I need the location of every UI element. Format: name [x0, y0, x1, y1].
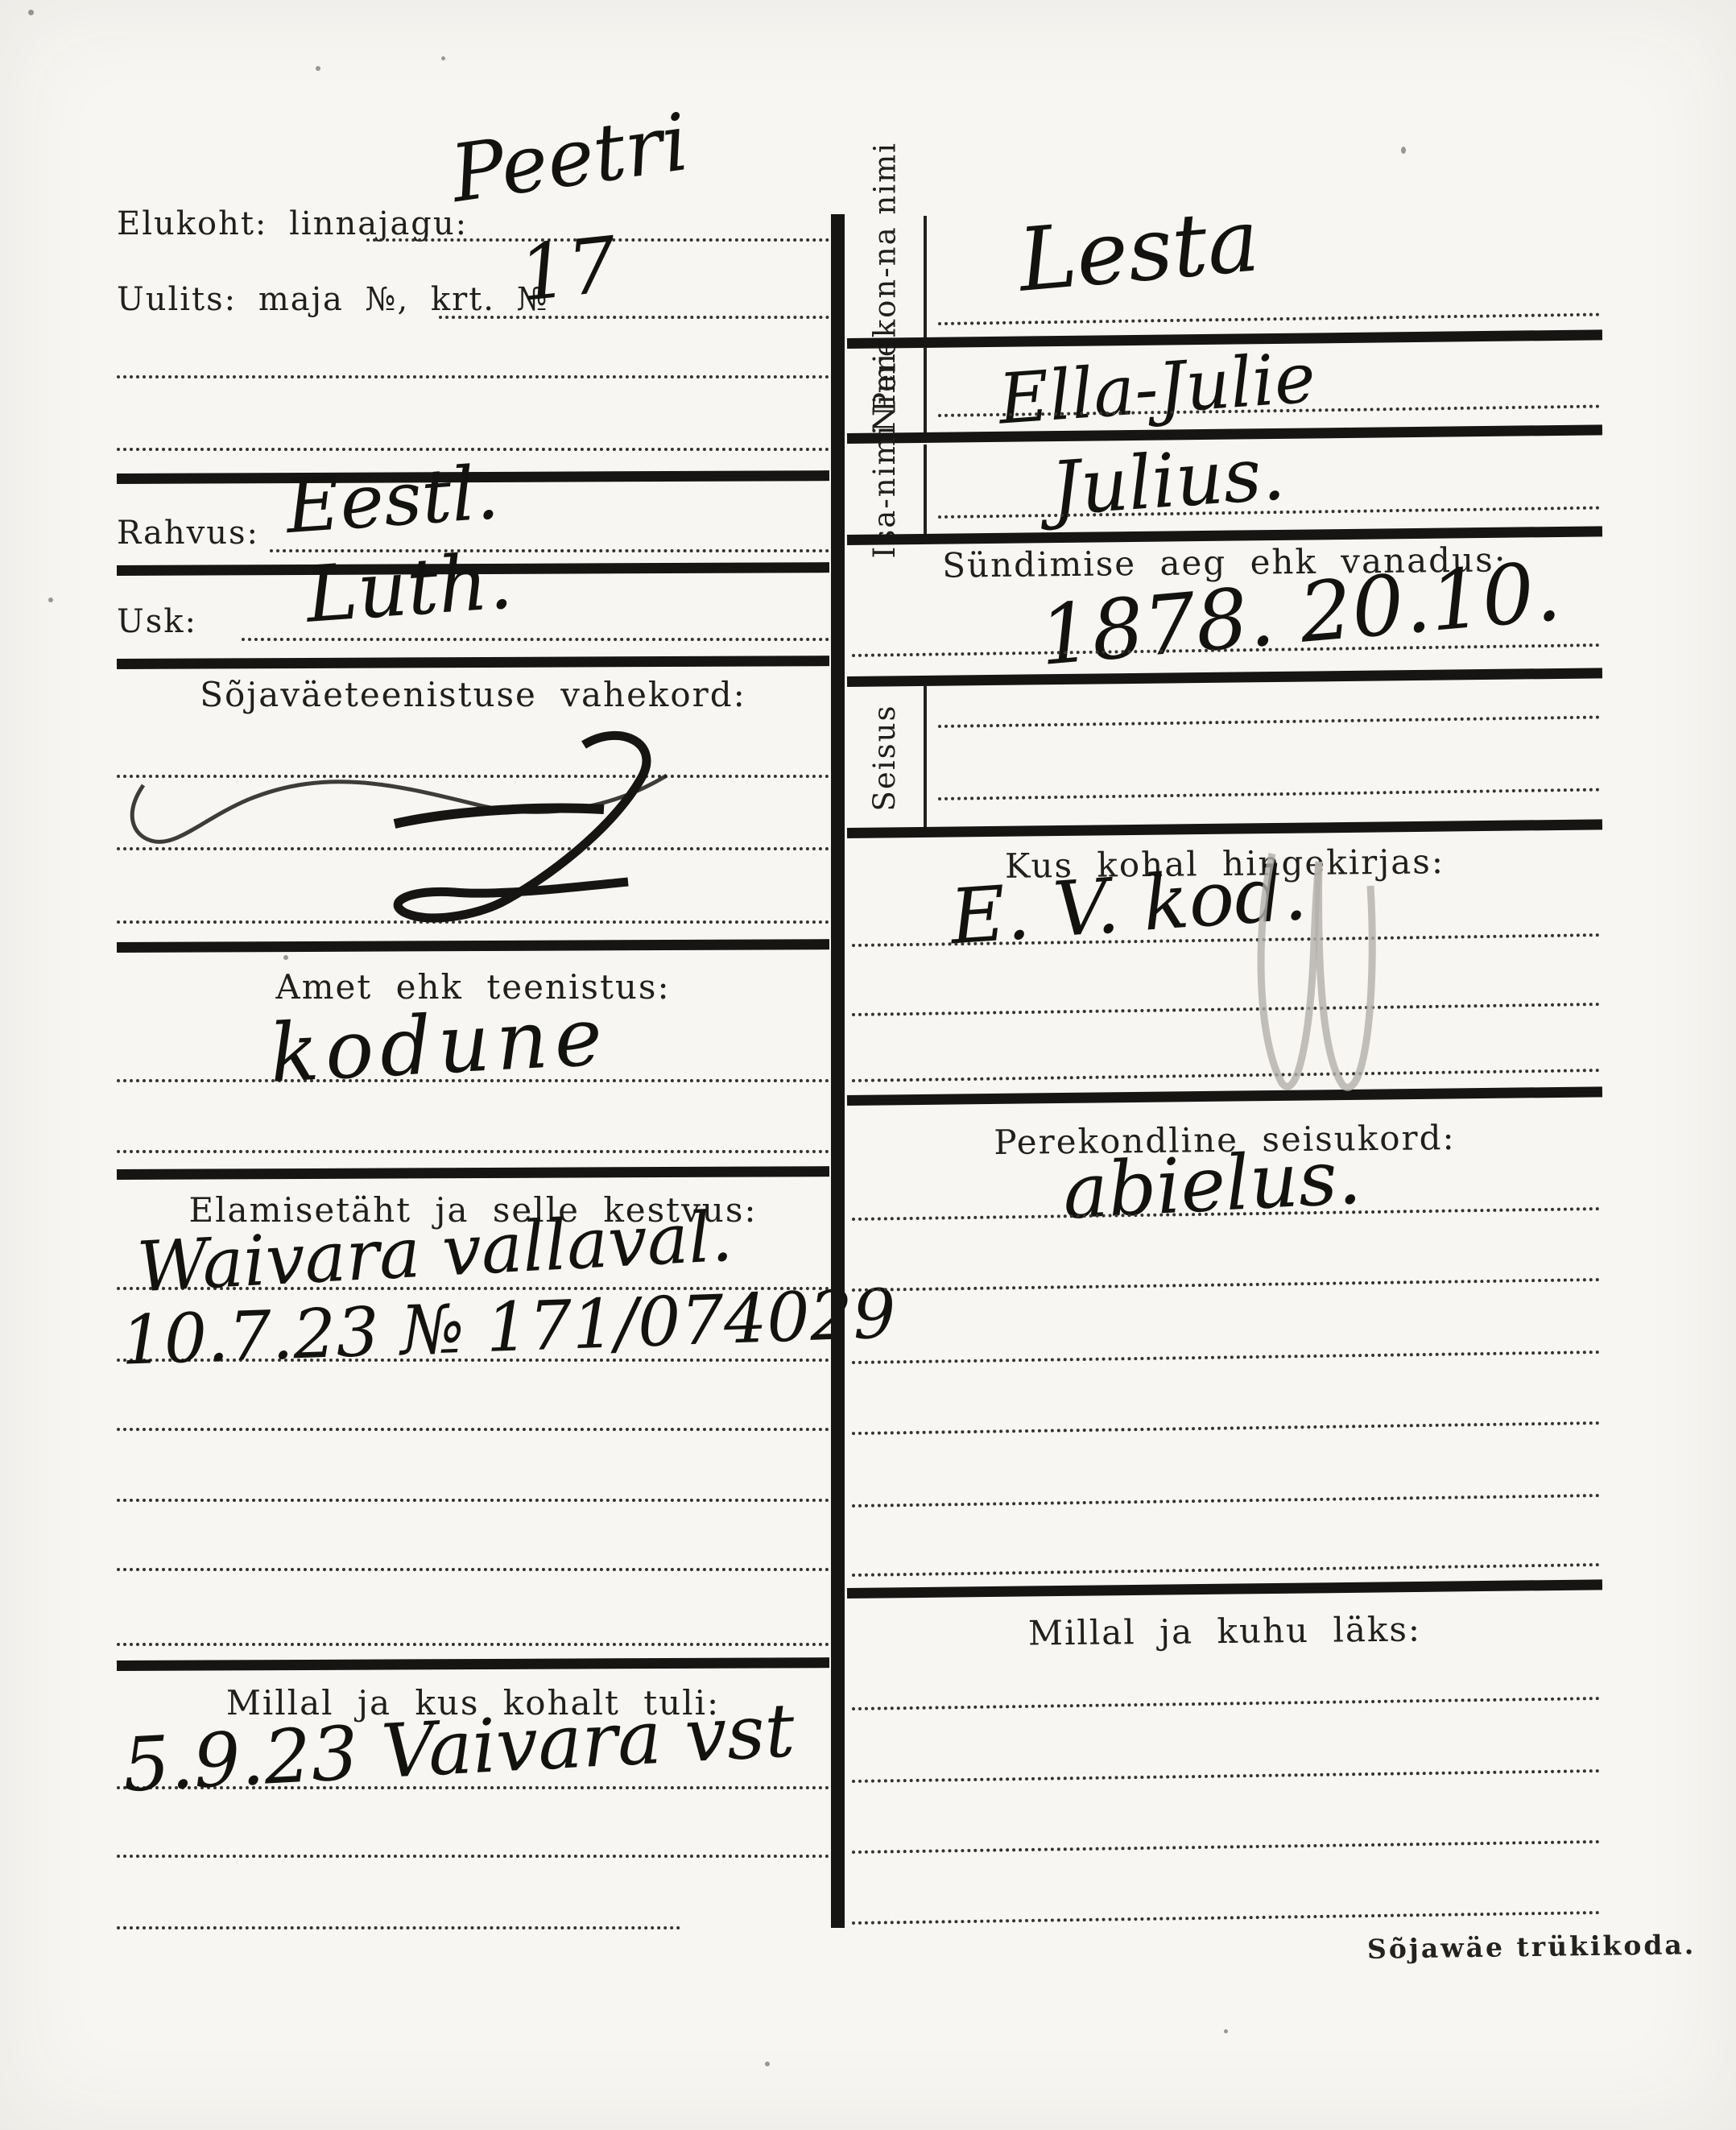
dotted-line — [117, 1643, 829, 1646]
dotted-line — [117, 375, 829, 378]
nimi-label: Nimi — [848, 348, 922, 436]
dotted-line — [938, 788, 1600, 800]
scan-speck — [48, 598, 53, 602]
section-rule — [117, 656, 829, 669]
section-rule — [847, 819, 1602, 838]
label-cell-rule — [924, 686, 927, 828]
dotted-line — [852, 1697, 1600, 1710]
section-rule — [847, 1579, 1602, 1599]
rahvus-value-handwriting: Eestl. — [283, 456, 501, 544]
amet-value-handwriting: kodune — [268, 996, 610, 1094]
section-rule — [117, 1166, 829, 1180]
dotted-line — [852, 1003, 1600, 1016]
scan-speck — [1401, 147, 1406, 154]
registration-card: Elukoht: linnajagu: Peetri Uulits: maja … — [0, 0, 1736, 2130]
elukoht-value-handwriting: Peetri — [447, 103, 693, 214]
handwritten-flourish — [129, 729, 709, 938]
dotted-line — [938, 716, 1600, 728]
seisukord-value-handwriting: abielus. — [1061, 1139, 1363, 1230]
section-rule — [117, 939, 829, 953]
dotted-line — [852, 1494, 1600, 1508]
dotted-line — [852, 1769, 1600, 1783]
rahvus-label: Rahvus: — [117, 517, 259, 549]
perekonna-nimi-value-handwriting: Lesta — [1015, 197, 1263, 305]
sojavaeteenistus-label: Sõjaväeteenistuse vahekord: — [117, 678, 829, 712]
usk-label: Usk: — [117, 606, 197, 638]
column-divider — [831, 214, 845, 1928]
usk-value-handwriting: Luth. — [304, 542, 515, 634]
scan-speck — [765, 2062, 770, 2066]
dotted-line — [117, 1926, 680, 1929]
isa-nimi-label: Isa-nimi — [846, 440, 924, 542]
dotted-line — [852, 1840, 1600, 1854]
dotted-line — [117, 1150, 829, 1153]
label-cell-rule — [924, 445, 927, 536]
scan-speck — [441, 56, 445, 60]
dotted-line — [852, 1069, 1600, 1082]
dotted-line — [852, 1278, 1600, 1292]
perekonna-nimi-label: Perekon-na nimi — [847, 215, 924, 340]
scan-speck — [283, 955, 288, 960]
dotted-line — [852, 1563, 1600, 1577]
laks-label: Millal ja kuhu läks: — [847, 1611, 1602, 1652]
section-rule — [847, 668, 1602, 687]
scan-speck — [28, 10, 34, 15]
section-rule — [117, 1657, 829, 1671]
elukoht-label: Elukoht: linnajagu: — [117, 208, 468, 240]
pencil-stray-mark — [1240, 838, 1393, 1103]
dotted-line — [938, 313, 1600, 325]
dotted-line — [117, 1428, 829, 1431]
label-cell-rule — [924, 216, 927, 338]
dotted-line — [117, 1855, 829, 1858]
label-cell-rule — [924, 348, 927, 433]
uulits-value-handwriting: 17 — [515, 227, 620, 313]
nimi-value-handwriting: Ella-Julie — [996, 343, 1317, 434]
seisus-label: Seisus — [848, 689, 922, 826]
printer-credit: Sõjawäe trükikoda. — [1367, 1929, 1697, 1965]
section-rule — [847, 1086, 1602, 1106]
uulits-label: Uulits: maja №, krt. № — [117, 283, 549, 316]
dotted-line — [852, 1350, 1600, 1364]
dotted-line — [852, 1421, 1600, 1435]
dotted-line — [117, 1568, 829, 1571]
dotted-line — [439, 316, 829, 319]
dotted-line — [852, 1911, 1600, 1925]
scan-speck — [1224, 2029, 1228, 2033]
scan-speck — [316, 66, 320, 71]
dotted-line — [117, 1499, 829, 1502]
